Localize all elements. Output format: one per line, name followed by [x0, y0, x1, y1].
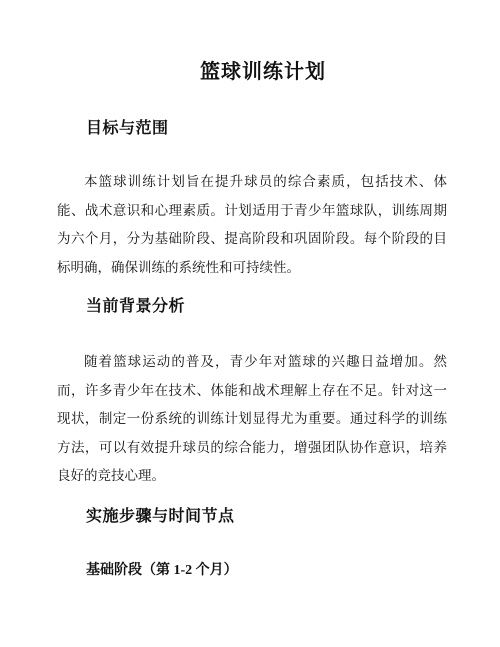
document-page: 篮球训练计划 目标与范围 本篮球训练计划旨在提升球员的综合素质，包括技术、体能、…	[0, 0, 500, 647]
section-heading-background-analysis: 当前背景分析	[86, 296, 447, 318]
paragraph-background-analysis: 随着篮球运动的普及，青少年对篮球的兴趣日益增加。然而，许多青少年在技术、体能和战…	[57, 348, 447, 491]
paragraph-goals-scope: 本篮球训练计划旨在提升球员的综合素质，包括技术、体能、战术意识和心理素质。计划适…	[57, 168, 447, 282]
document-title: 篮球训练计划	[79, 59, 447, 85]
subsection-heading-foundation-phase: 基础阶段（第 1-2 个月）	[86, 561, 447, 581]
section-heading-implementation-steps: 实施步骤与时间节点	[86, 506, 447, 528]
section-heading-goals-scope: 目标与范围	[86, 118, 447, 140]
